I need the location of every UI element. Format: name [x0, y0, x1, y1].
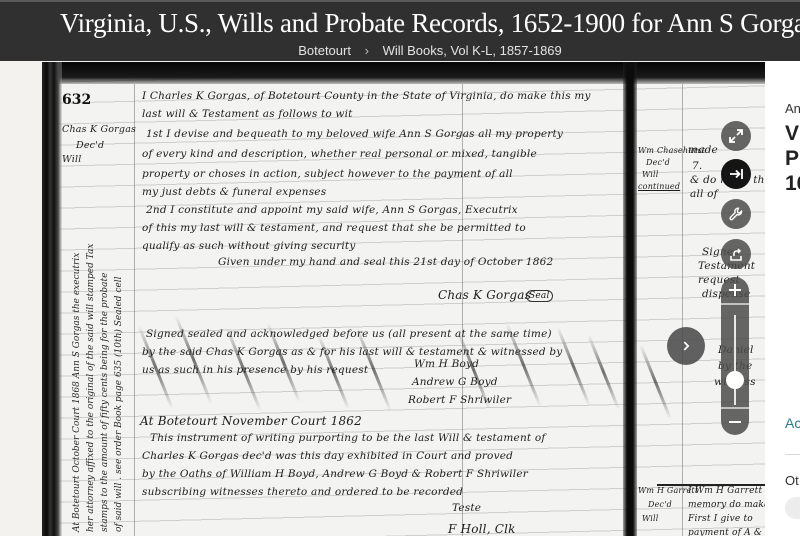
page-number: 632	[62, 92, 91, 108]
margin-note: Will	[62, 154, 82, 165]
panel-title-line: 16	[785, 171, 800, 196]
expand-icon	[728, 128, 744, 144]
vertical-note: stamps to the amount of fifty cents bein…	[100, 273, 110, 532]
right-bottom-line: I Wm H Garrett	[688, 486, 762, 496]
breadcrumb-will-books[interactable]: Will Books, Vol K-L, 1857-1869	[383, 43, 562, 58]
witness-line: by the said Chas K Gorgas as & for his l…	[142, 346, 562, 358]
zoom-in-button[interactable]	[721, 277, 749, 305]
text-line: qualify as such without giving security	[142, 240, 355, 252]
panel-title: V P 16	[785, 121, 800, 196]
minus-icon	[727, 414, 743, 430]
text-line: of this my last will & testament, and re…	[142, 222, 526, 234]
court-line: subscribing witnesses thereto and ordere…	[142, 486, 463, 498]
panel-action-link[interactable]: Ac	[785, 415, 800, 431]
seal: Seal	[526, 290, 553, 302]
next-page-button[interactable]	[667, 327, 705, 365]
zoom-slider-track[interactable]	[734, 315, 736, 405]
witness-name: Andrew G Boyd	[412, 376, 498, 388]
breadcrumb-separator: ›	[365, 42, 369, 60]
strike-mark	[556, 327, 591, 407]
text-line: last will & Testament as follows to wit	[142, 108, 353, 120]
zoom-control	[721, 277, 749, 435]
fullscreen-button[interactable]	[721, 121, 751, 151]
breadcrumb-botetourt[interactable]: Botetourt	[298, 43, 351, 58]
share-button[interactable]	[721, 239, 751, 269]
strike-mark	[587, 334, 620, 409]
record-scan-image[interactable]: 632 Chas K Gorgas Dec'd Will At Botetour…	[42, 62, 765, 536]
zoom-slider-thumb[interactable]	[726, 371, 744, 389]
signature: Chas K Gorgas	[438, 288, 531, 302]
page-title: Virginia, U.S., Wills and Probate Record…	[0, 8, 800, 38]
right-margin-note: continued	[638, 182, 680, 191]
plus-icon	[727, 282, 743, 298]
teste: Teste	[452, 502, 481, 514]
panel-other-label: Ot	[785, 473, 799, 488]
text-line: my just debts & funeral expenses	[142, 186, 326, 198]
text-line: Given under my hand and seal this 21st d…	[218, 256, 553, 268]
right-fragment: made	[688, 144, 718, 156]
left-margin	[0, 61, 42, 536]
panel-divider	[785, 454, 800, 455]
right-margin-note-2: Dec'd	[648, 500, 672, 509]
right-fragment: 7.	[692, 160, 702, 172]
vertical-note: At Botetourt October Court 1868 Ann S Go…	[72, 253, 82, 532]
court-line: Charles K Gorgas dec'd was this day exhi…	[142, 450, 513, 462]
vertical-note: of said will . see order Book page 635 (…	[114, 276, 124, 532]
right-margin-note: Dec'd	[646, 158, 670, 167]
court-line: by the Oaths of William H Boyd, Andrew G…	[142, 468, 528, 480]
image-viewer[interactable]: 632 Chas K Gorgas Dec'd Will At Botetour…	[42, 62, 765, 536]
page-header: Virginia, U.S., Wills and Probate Record…	[0, 0, 800, 61]
margin-rule	[134, 84, 135, 536]
witness-line: Signed sealed and acknowledged before us…	[146, 328, 552, 340]
vertical-note: her attorney affixed to the original of …	[86, 244, 96, 532]
collapse-right-icon	[728, 166, 744, 182]
breadcrumb: Botetourt › Will Books, Vol K-L, 1857-18…	[0, 42, 800, 60]
right-bottom-line: memory do make	[688, 500, 765, 510]
text-line: of every kind and description, whether r…	[142, 148, 537, 160]
panel-title-line: V	[785, 121, 800, 146]
chevron-right-icon	[679, 339, 693, 353]
scan-top-edge	[42, 62, 765, 84]
text-line: 2nd I constitute and appoint my said wif…	[146, 204, 518, 216]
clerk-signature: F Holl, Clk	[448, 522, 516, 536]
court-heading: At Botetourt November Court 1862	[140, 414, 362, 428]
margin-note: Dec'd	[76, 140, 104, 151]
panel-title-line: P	[785, 146, 800, 171]
record-details-panel: An V P 16 Ac Ot	[765, 61, 800, 536]
tools-button[interactable]	[721, 199, 751, 229]
right-bottom-line: First I give to	[688, 514, 753, 524]
zoom-out-button[interactable]	[721, 407, 749, 435]
right-margin-note: Will	[642, 170, 659, 179]
strike-mark	[639, 344, 672, 419]
panel-pill-button[interactable]	[785, 497, 800, 519]
panel-subtitle: An	[785, 101, 800, 116]
text-line: I Charles K Gorgas, of Botetourt County …	[142, 90, 591, 102]
text-line: property or choses in action, subject ho…	[142, 168, 513, 180]
text-line: 1st I devise and bequeath to my beloved …	[146, 128, 563, 140]
scan-left-binding	[42, 62, 62, 536]
collapse-panel-button[interactable]	[721, 159, 751, 189]
share-icon	[728, 246, 744, 262]
wrench-icon	[728, 206, 744, 222]
margin-note: Chas K Gorgas	[62, 124, 136, 135]
court-line: This instrument of writing purporting to…	[150, 432, 545, 444]
book-gutter	[623, 62, 637, 536]
right-margin-note-2: Will	[642, 514, 659, 523]
witness-name: Robert F Shriwiler	[408, 394, 511, 406]
right-bottom-line: payment of A & B	[688, 528, 765, 536]
right-fragment: all of	[690, 188, 718, 200]
